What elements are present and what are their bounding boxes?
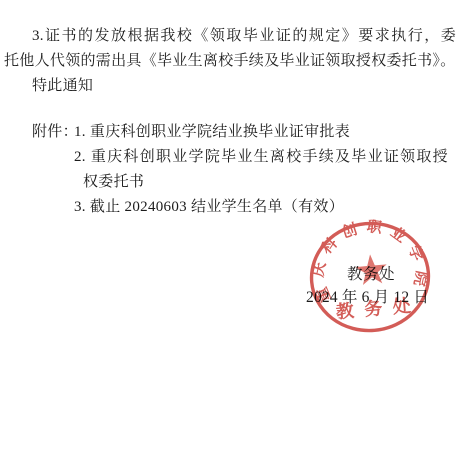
body-line-closing: 特此通知 [4, 74, 456, 99]
attachment-item-2-line-1: 2. 重庆科创职业学院毕业生离校手续及毕业证领取授 [74, 145, 448, 170]
seal-star-icon [354, 253, 388, 286]
attachments-label: 附件： [32, 120, 78, 145]
body-line-1: 3.证书的发放根据我校《领取毕业证的规定》要求执行，委 [4, 24, 456, 49]
seal-bottom-text: 教 务 处 [334, 294, 415, 322]
attachment-item-2-line-2: 权委托书 [74, 170, 448, 195]
body-line-2: 托他人代领的需出具《毕业生离校手续及毕业证领取授权委托书》。 [4, 49, 456, 74]
attachment-item-3: 3. 截止 20240603 结业学生名单（有效） [74, 195, 448, 220]
attachment-item-1: 1. 重庆科创职业学院结业换毕业证审批表 [74, 120, 448, 145]
notice-document-page: 3.证书的发放根据我校《领取毕业证的规定》要求执行，委 托他人代领的需出具《毕业… [0, 0, 472, 460]
attachments-list: 1. 重庆科创职业学院结业换毕业证审批表 2. 重庆科创职业学院毕业生离校手续及… [74, 120, 448, 220]
official-seal: 重庆科创职业学院 教 务 处 [303, 215, 436, 339]
notice-body: 3.证书的发放根据我校《领取毕业证的规定》要求执行，委 托他人代领的需出具《毕业… [4, 24, 456, 99]
seal-ring-text: 重庆科创职业学院 [304, 215, 433, 306]
